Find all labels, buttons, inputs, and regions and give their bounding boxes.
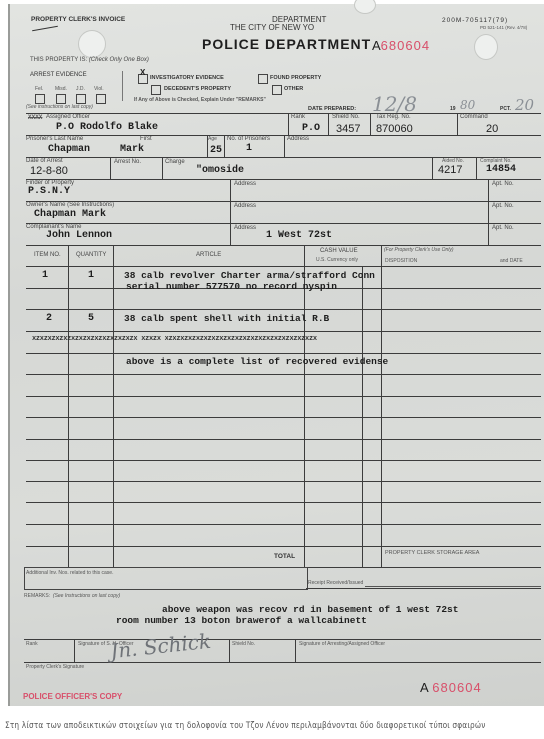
remarks-label: REMARKS: (See Instructions on last copy) (24, 593, 120, 599)
row-rule (26, 266, 541, 267)
remarks-line-2: room number 13 boton brawerof a wallcabi… (116, 615, 367, 626)
charge-label: Charge (165, 159, 185, 165)
owner-address-label: Address (234, 203, 256, 209)
item-quantity: 1 (88, 270, 94, 281)
row-rule (26, 546, 541, 547)
header-cash-value: CASH VALUE (320, 248, 358, 254)
closing-note: above is a complete list of recovered ev… (126, 356, 388, 367)
header-and-date: and DATE (500, 258, 523, 264)
divider (162, 157, 163, 179)
strike-text: XXXX (28, 114, 42, 121)
clerk-signature-label: Property Clerk's Signature (26, 664, 84, 670)
divider (224, 135, 225, 157)
pct-value: 20 (515, 96, 534, 114)
rule (26, 179, 541, 180)
divider (74, 639, 75, 662)
command-value: 20 (486, 123, 498, 135)
divider (328, 113, 329, 135)
row-rule (26, 439, 541, 440)
prisoner-count-label: No. of Prisoners (227, 136, 270, 142)
item-number: 2 (46, 313, 52, 324)
rule (26, 223, 541, 224)
invoice-digits: 680604 (381, 38, 430, 53)
sig-shield-label: Shield No. (232, 641, 255, 647)
divider (110, 157, 111, 179)
prisoner-address-label: Address (287, 136, 309, 142)
age-label: Age (208, 136, 217, 142)
charge-value: "omoside (196, 165, 244, 176)
item-article: 38 calb spent shell with initial R.B (124, 313, 329, 324)
finder-value: P.S.N.Y (28, 186, 70, 197)
owner-apt-label: Apt. No. (492, 203, 514, 209)
invoice-prefix: A (372, 38, 381, 53)
prisoner-first-value: Mark (120, 144, 144, 155)
prisoner-first-label: First (140, 136, 152, 142)
row-rule (26, 331, 541, 332)
remarks-hint: (See Instructions on last copy) (53, 593, 120, 599)
divider (457, 113, 458, 135)
option-decedent: DECEDENT'S PROPERTY (164, 86, 231, 92)
property-type-label: THIS PROPERTY IS: (Check Only One Box) (30, 57, 149, 63)
year-prefix: 19 (450, 106, 456, 112)
header-cash-sub: U.S. Currency only (316, 257, 358, 263)
row-rule (26, 481, 541, 482)
divider (370, 113, 371, 135)
checkbox-violation[interactable] (96, 94, 106, 104)
complainant-value: John Lennon (46, 230, 112, 241)
prisoner-count-value: 1 (246, 143, 252, 154)
signature: Jn. Schick (109, 629, 212, 663)
checkbox-label-fel: Fel. (35, 86, 43, 92)
column-divider (113, 245, 114, 567)
shield-label: Shield No. (332, 114, 360, 120)
finder-address-label: Address (234, 181, 256, 187)
checkbox-felony[interactable] (35, 94, 45, 104)
option-found: FOUND PROPERTY (270, 75, 321, 81)
additional-label: Additional Inv. Nos. related to this cas… (26, 570, 113, 576)
footer-invoice-prefix: A (420, 680, 429, 695)
divider (229, 639, 230, 662)
form-code: 200M-705117(79) (442, 17, 508, 24)
complainant-address-label: Address (234, 225, 256, 231)
header-quantity: QUANTITY (76, 252, 106, 258)
rank-label: Rank (291, 114, 305, 120)
option-other: OTHER (284, 86, 303, 92)
complainant-address-value: 1 West 72st (266, 230, 332, 241)
divider (230, 179, 231, 245)
arrest-evidence-label: ARREST EVIDENCE (30, 72, 87, 78)
row-rule (26, 396, 541, 397)
receipt-line (365, 586, 541, 587)
row-rule (26, 309, 541, 310)
header-article: ARTICLE (196, 252, 221, 258)
explain-note: If Any of Above is Checked, Explain Unde… (134, 97, 266, 103)
checkbox-other[interactable] (272, 85, 282, 95)
separator-row: xzxzxzxzxzxzxzxzxzxzxzxzxzx xzxzx xzxzxz… (32, 335, 542, 343)
total-label: TOTAL (274, 553, 295, 560)
copy-label: POLICE OFFICER'S COPY (23, 692, 122, 701)
header-disposition: DISPOSITION (385, 258, 417, 264)
divider (476, 157, 477, 179)
complainant-apt-label: Apt. No. (492, 225, 514, 231)
prisoner-last-value: Chapman (48, 144, 90, 155)
item-article: 38 calb revolver Charter arma/strafford … (124, 270, 375, 281)
row-rule (26, 502, 541, 503)
assigned-officer-value: P.O Rodolfo Blake (56, 122, 158, 133)
owner-value: Chapman Mark (34, 209, 106, 220)
column-divider (381, 245, 382, 567)
checkbox-decedents-property[interactable] (151, 85, 161, 95)
row-rule (26, 353, 541, 354)
assigned-officer-label: Assigned Officer (46, 114, 90, 120)
item-quantity: 5 (88, 313, 94, 324)
shield-value: 3457 (336, 123, 360, 135)
year-value: 80 (460, 98, 475, 112)
rank-value: P.O (302, 123, 320, 134)
finder-apt-label: Apt. No. (492, 181, 514, 187)
rule (306, 588, 541, 589)
prisoner-last-label: Prisoner's Last Name (26, 136, 83, 142)
item-number: 1 (42, 270, 48, 281)
receipt-label: Receipt Received/Issued (308, 580, 363, 586)
instructions-note: (See instructions on last copy) (26, 104, 93, 110)
command-label: Command (460, 114, 488, 120)
arrest-date-value: 12-8-80 (30, 165, 68, 177)
age-value: 25 (210, 145, 222, 156)
checkbox-found-property[interactable] (258, 74, 268, 84)
arrest-date-label: Date of Arrest (26, 158, 63, 164)
department-title: POLICE DEPARTMENT (202, 36, 371, 52)
divider (288, 113, 289, 135)
property-type-hint: (Check Only One Box) (89, 57, 149, 63)
checkbox-misdemeanor[interactable] (56, 94, 66, 104)
row-rule (26, 374, 541, 375)
rule (24, 639, 541, 640)
header-item-no: ITEM NO. (34, 252, 61, 258)
column-divider (304, 245, 305, 567)
checkbox-jd[interactable] (76, 94, 86, 104)
pct-label: PCT. (500, 106, 511, 112)
divider (488, 179, 489, 245)
row-rule (26, 417, 541, 418)
punch-hole (78, 30, 106, 58)
divider (122, 71, 123, 101)
row-rule (26, 460, 541, 461)
storage-area-label: PROPERTY CLERK STORAGE AREA (385, 550, 479, 556)
row-rule (26, 524, 541, 525)
aided-value: 4217 (438, 164, 462, 176)
divider (432, 157, 433, 179)
arrest-no-label: Arrest No. (114, 159, 141, 165)
date-prepared-label: DATE PREPARED: (308, 106, 356, 112)
divider (284, 135, 285, 157)
checkbox-label-jd: J.D. (76, 86, 85, 92)
divider (295, 639, 296, 662)
invoice-title: PROPERTY CLERK'S INVOICE (31, 16, 125, 23)
checkbox-label-misd: Misd. (55, 86, 67, 92)
footer-invoice-number: A 680604 (420, 680, 482, 695)
arresting-officer-label: Signature of Arresting/Assigned Officer (299, 641, 385, 647)
pen-mark (32, 26, 58, 31)
rule (26, 245, 541, 246)
complaint-value: 14854 (486, 164, 516, 175)
form-revision: PD 521-141 (Rev. 4/78) (480, 25, 527, 30)
image-caption: Στη λίστα των αποδεικτικών στοιχείων για… (5, 721, 485, 731)
invoice-number: A680604 (372, 38, 430, 53)
sig-rank-label: Rank (26, 641, 38, 647)
punch-hole (354, 0, 376, 14)
option-investigatory: INVESTIGATORY EVIDENCE (150, 75, 224, 81)
owner-label: Owner's Name (See Instructions) (26, 202, 114, 208)
property-type-caption: THIS PROPERTY IS: (30, 57, 87, 63)
header-clerk-note: (For Property Clerk's Use Only) (384, 247, 454, 253)
tax-reg-label: Tax Reg. No. (376, 114, 411, 120)
remarks-caption: REMARKS: (24, 593, 50, 599)
check-mark-icon: X (140, 68, 145, 77)
invoice-form: PROPERTY CLERK'S INVOICE DEPARTMENT THE … (8, 4, 544, 706)
item-article: serial number 577570 no record nyspin (126, 281, 337, 292)
footer-invoice-digits: 680604 (432, 680, 481, 695)
rule (24, 662, 541, 663)
column-divider (68, 245, 69, 567)
tax-reg-value: 870060 (376, 123, 413, 135)
punch-hole (474, 34, 498, 60)
checkbox-label-viol: Viol. (94, 86, 104, 92)
city-line-2: THE CITY OF NEW YO (230, 23, 314, 32)
remarks-line-1: above weapon was recov rd in basement of… (162, 604, 458, 615)
